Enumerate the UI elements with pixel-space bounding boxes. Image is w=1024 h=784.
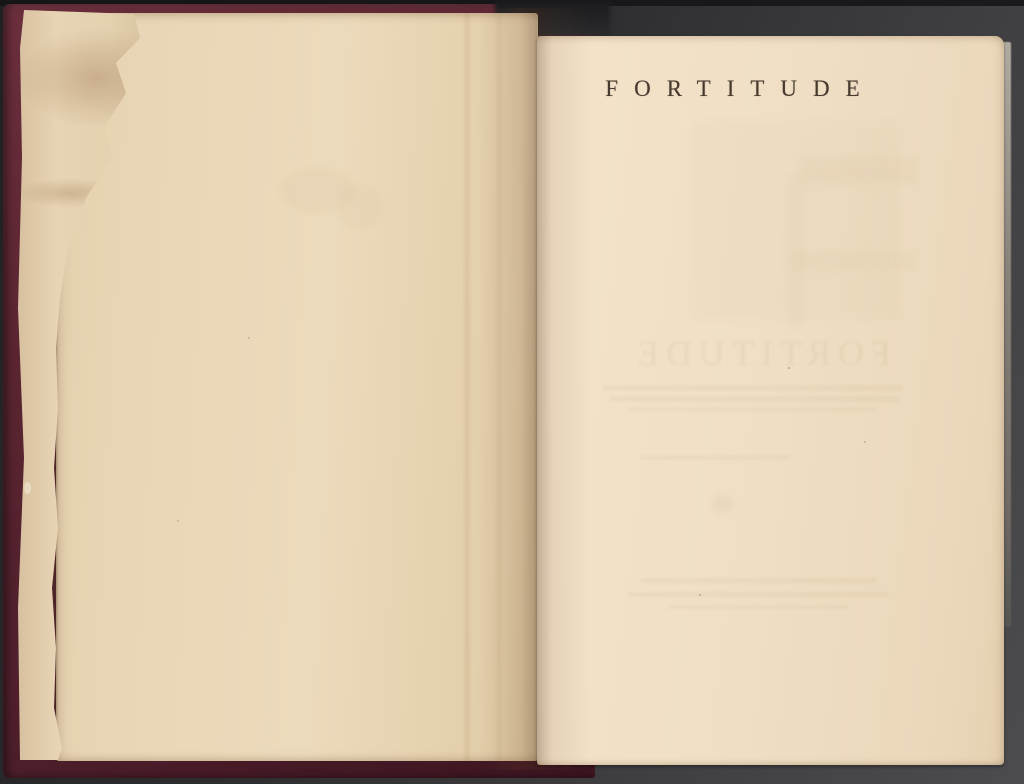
paper-speck — [699, 594, 701, 596]
show-through-title-text: FORTITUDE — [577, 332, 944, 374]
paper-speck — [248, 337, 250, 339]
page-crease — [462, 13, 472, 761]
show-through-text-line — [640, 455, 790, 460]
paper-speck — [788, 367, 790, 369]
show-through-text-line — [609, 396, 899, 402]
show-through-illustration — [800, 158, 918, 184]
paper-speck — [864, 441, 866, 443]
paper-speck — [177, 520, 179, 522]
half-title-text: FORTITUDE — [537, 76, 1004, 102]
show-through-text-line — [603, 385, 903, 391]
faint-emboss-mark — [338, 184, 382, 230]
left-blank-page — [56, 13, 538, 761]
show-through-text-line — [640, 578, 876, 583]
show-through-text-line — [628, 592, 888, 597]
open-book-photo: FORTITUDE FORTITUDE — [0, 0, 1024, 784]
show-through-text-line — [668, 605, 848, 609]
show-through-text-line — [627, 407, 877, 412]
show-through-illustration — [788, 175, 804, 330]
paper-chip — [24, 482, 31, 494]
page-crease — [494, 13, 504, 761]
show-through-ornament — [712, 494, 734, 514]
show-through-illustration — [790, 252, 915, 270]
half-title-page: FORTITUDE FORTITUDE — [537, 36, 1004, 765]
